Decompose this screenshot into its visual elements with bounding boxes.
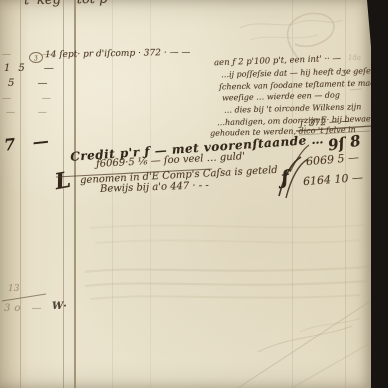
margin-note: 13 <box>8 284 19 294</box>
manuscript-scan: t' keg' · tot p' — ·· — — — 15 — 5 — — —… <box>0 0 388 388</box>
margin-note-right: 18a <box>348 54 361 62</box>
margin-note: — — <box>6 108 57 118</box>
scan-edge-band <box>371 0 388 388</box>
column-rule <box>345 0 346 388</box>
margin-note: 15 — <box>4 63 62 74</box>
scan-edge-wedge <box>367 0 373 70</box>
folio-mark: ʒ <box>29 52 43 63</box>
margin-note: — — <box>2 94 65 104</box>
margin-note: 3o — <box>4 303 46 314</box>
margin-note: 5 — <box>8 78 58 89</box>
ink-mark: W· <box>52 301 67 312</box>
